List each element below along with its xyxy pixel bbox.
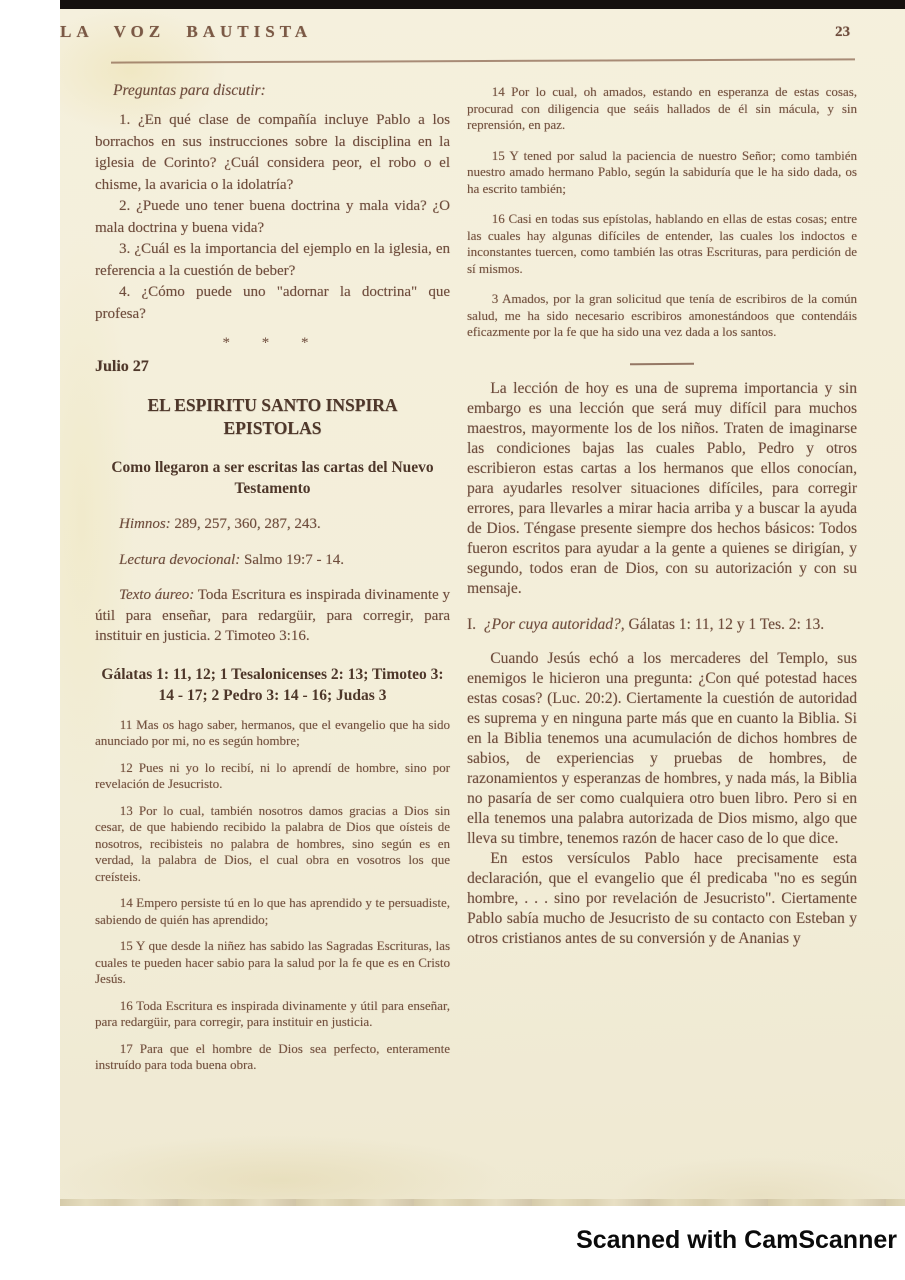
question-item: 2. ¿Puede uno tener buena doctrina y mal… [95,196,450,239]
verse: 12 Pues ni yo lo recibí, ni lo aprendí d… [95,760,450,793]
question-item: 3. ¿Cuál es la importancia del ejemplo e… [95,239,450,282]
question-item: 4. ¿Cómo puede uno "adornar la doctrina"… [95,282,450,325]
passage-heading: Gálatas 1: 11, 12; 1 Tesalonicenses 2: 1… [95,664,450,707]
body-paragraph: Cuando Jesús echó a los mercaderes del T… [467,649,857,849]
verse: 15 Y que desde la niñez has sabido las S… [95,938,450,988]
outline-reference: Gálatas 1: 11, 12 y 1 Tes. 2: 13. [628,616,824,633]
himnos-label: Himnos: [119,516,171,532]
two-column-body: Preguntas para discutir: 1. ¿En qué clas… [60,62,905,1074]
scan-top-shadow [60,0,905,9]
texto-aureo-line: Texto áureo: Toda Escritura es inspirada… [95,585,450,647]
body-paragraph: En estos versículos Pablo hace precisame… [467,849,857,949]
magazine-page: LA VOZ BAUTISTA 23 Preguntas para discut… [60,0,905,1206]
page-header: LA VOZ BAUTISTA 23 [60,22,905,56]
verse: 14 Empero persiste tú en lo que has apre… [95,895,450,928]
verse: 15 Y tened por salud la paciencia de nue… [467,148,857,198]
page-number: 23 [835,24,850,41]
asterisk-separator: * * * [95,335,450,352]
verse: 14 Por lo cual, oh amados, estando en es… [467,84,857,134]
right-verses: 14 Por lo cual, oh amados, estando en es… [467,84,857,341]
himnos-line: Himnos: 289, 257, 360, 287, 243. [95,514,450,535]
outline-point-1: I. ¿Por cuya autoridad?, Gálatas 1: 11, … [467,615,857,635]
lectura-label: Lectura devocional: [119,552,240,568]
date-heading: Julio 27 [95,358,450,376]
lesson-subtitle: Como llegaron a ser escritas las cartas … [95,457,450,499]
journal-title: LA VOZ BAUTISTA [60,22,905,42]
verse: 13 Por lo cual, también nosotros damos g… [95,803,450,886]
scanned-page-canvas: LA VOZ BAUTISTA 23 Preguntas para discut… [0,0,905,1280]
lectura-value: Salmo 19:7 - 14. [244,552,344,568]
questions-heading: Preguntas para discutir: [113,82,450,100]
right-column: 14 Por lo cual, oh amados, estando en es… [467,74,857,1074]
himnos-value: 289, 257, 360, 287, 243. [174,516,320,532]
verse: 17 Para que el hombre de Dios sea perfec… [95,1041,450,1074]
left-column: Preguntas para discutir: 1. ¿En qué clas… [95,74,450,1074]
section-divider [630,362,694,365]
lesson-paragraph: La lección de hoy es una de suprema impo… [467,379,857,599]
verse: 3 Amados, por la gran solicitud que tení… [467,291,857,341]
question-item: 1. ¿En qué clase de compañía incluye Pab… [95,110,450,196]
outline-title: ¿Por cuya autoridad?, [484,616,625,633]
lesson-title: EL ESPIRITU SANTO INSPIRA EPISTOLAS [113,394,433,440]
scan-bottom-edge [60,1199,905,1206]
lectura-line: Lectura devocional: Salmo 19:7 - 14. [95,550,450,571]
verse: 16 Casi en todas sus epístolas, hablando… [467,211,857,277]
outline-roman: I. [467,616,476,633]
left-verses: 11 Mas os hago saber, hermanos, que el e… [95,717,450,1074]
column-gap [450,74,467,1074]
verse: 11 Mas os hago saber, hermanos, que el e… [95,717,450,750]
texto-aureo-label: Texto áureo: [119,587,194,603]
verse: 16 Toda Escritura es inspirada divinamen… [95,998,450,1031]
camscanner-watermark: Scanned with CamScanner [576,1226,897,1255]
